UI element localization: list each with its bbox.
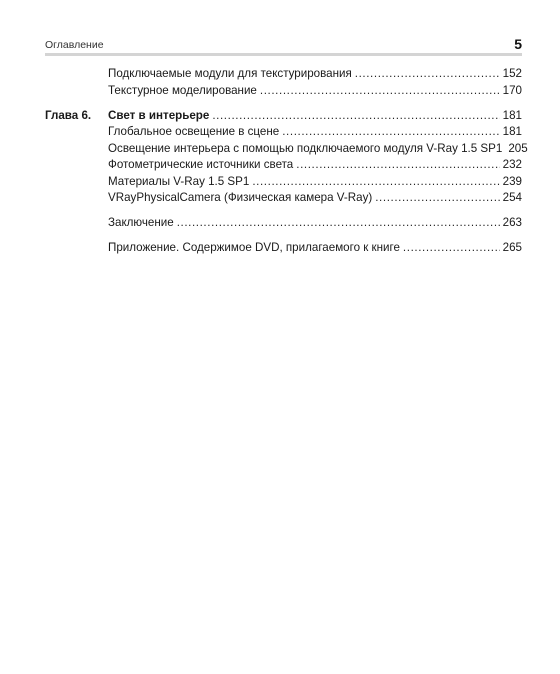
toc-entry-title: Свет в интерьере (108, 108, 209, 125)
toc-entry-title: VRayPhysicalCamera (Физическая камера V-… (108, 190, 372, 207)
toc-entry[interactable]: Материалы V-Ray 1.5 SP1239 (108, 174, 522, 191)
toc-entry[interactable]: Подключаемые модули для текстурирования1… (108, 66, 522, 83)
toc-entry[interactable]: VRayPhysicalCamera (Физическая камера V-… (108, 190, 522, 207)
toc-entry[interactable]: Текстурное моделирование170 (108, 83, 522, 100)
toc-entry-row[interactable]: Материалы V-Ray 1.5 SP1239 (45, 174, 522, 191)
toc-entry[interactable]: Свет в интерьере181 (108, 108, 522, 125)
toc-entry-page: 254 (503, 190, 522, 207)
toc-entry-title: Материалы V-Ray 1.5 SP1 (108, 174, 249, 191)
toc-entry-page: 152 (503, 66, 522, 83)
toc-entry[interactable]: Освещение интерьера с помощью подключаем… (108, 141, 522, 158)
dot-leader (282, 124, 499, 141)
toc-entry-row[interactable]: Глобальное освещение в сцене181 (45, 124, 522, 141)
toc-entry-row[interactable]: Приложение. Содержимое DVD, прилагаемого… (45, 240, 522, 257)
page-number: 5 (514, 36, 522, 52)
toc-entry-row[interactable]: Заключение263 (45, 215, 522, 232)
toc-chapter-row[interactable]: Глава 6.Свет в интерьере181 (45, 108, 522, 125)
toc-entry-title: Подключаемые модули для текстурирования (108, 66, 352, 83)
toc-entry-page: 170 (503, 83, 522, 100)
toc-entry[interactable]: Фотометрические источники света232 (108, 157, 522, 174)
toc-entry-row[interactable]: Текстурное моделирование170 (45, 83, 522, 100)
toc-entry[interactable]: Глобальное освещение в сцене181 (108, 124, 522, 141)
toc-entry-title: Глобальное освещение в сцене (108, 124, 279, 141)
dot-leader (177, 215, 500, 232)
toc-entry-page: 239 (503, 174, 522, 191)
toc-entry-title: Заключение (108, 215, 174, 232)
chapter-label: Глава 6. (45, 108, 91, 125)
toc-entry-row[interactable]: Подключаемые модули для текстурирования1… (45, 66, 522, 83)
toc-entry-page: 205 (508, 141, 527, 158)
toc-entry[interactable]: Приложение. Содержимое DVD, прилагаемого… (108, 240, 522, 257)
toc-entry-row[interactable]: VRayPhysicalCamera (Физическая камера V-… (45, 190, 522, 207)
toc-entry-row[interactable]: Фотометрические источники света232 (45, 157, 522, 174)
dot-leader (252, 174, 499, 191)
toc-entry[interactable]: Заключение263 (108, 215, 522, 232)
toc-entry-page: 265 (503, 240, 522, 257)
toc-entry-title: Фотометрические источники света (108, 157, 293, 174)
header-rule (45, 53, 522, 56)
toc-entry-page: 181 (503, 124, 522, 141)
toc-entry-page: 232 (503, 157, 522, 174)
toc-entry-title: Текстурное моделирование (108, 83, 257, 100)
dot-leader (260, 83, 500, 100)
header-title: Оглавление (45, 39, 104, 51)
toc-entry-row[interactable]: Освещение интерьера с помощью подключаем… (45, 141, 522, 158)
dot-leader (355, 66, 500, 83)
toc-entry-title: Приложение. Содержимое DVD, прилагаемого… (108, 240, 400, 257)
dot-leader (375, 190, 499, 207)
dot-leader (403, 240, 500, 257)
table-of-contents: Подключаемые модули для текстурирования1… (45, 66, 522, 257)
dot-leader (296, 157, 499, 174)
toc-entry-title: Освещение интерьера с помощью подключаем… (108, 141, 502, 158)
toc-entry-page: 263 (503, 215, 522, 232)
toc-entry-page: 181 (503, 108, 522, 125)
dot-leader (212, 108, 499, 125)
